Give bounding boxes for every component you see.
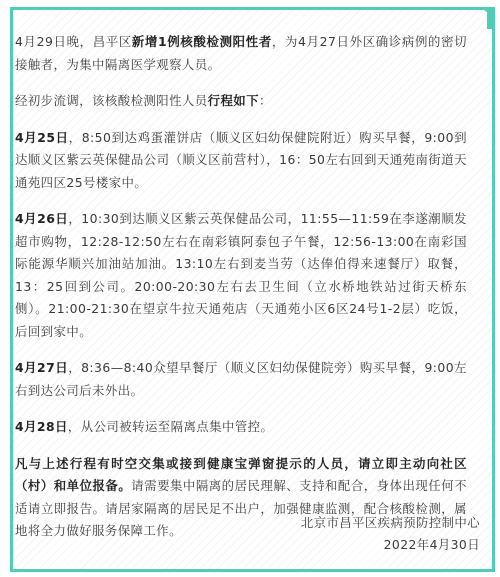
text: ，8:50到达鸡蛋灌饼店（顺义区妇幼保健院附近）购买早餐，9:00到达顺义区紫云… [15, 130, 467, 190]
paragraph-day-0425: 4月25日，8:50到达鸡蛋灌饼店（顺义区妇幼保健院附近）购买早餐，9:00到达… [15, 127, 467, 195]
highlight-new-case: 新增1例核酸检测阳性者 [132, 34, 272, 49]
text: ，10:30到达顺义区紫云英保健品公司，11:55—11:59在李遂潮顺发超市购… [15, 211, 467, 339]
text: ，从公司被转运至隔离点集中管控。 [68, 419, 273, 434]
date-label: 4月25日 [15, 130, 69, 145]
announcement-body: 4月29日晚，昌平区新增1例核酸检测阳性者，为4月27日外区确诊病例的密切接触者… [15, 31, 467, 557]
paragraph-day-0426: 4月26日，10:30到达顺义区紫云英保健品公司，11:55—11:59在李遂潮… [15, 208, 467, 343]
paragraph-itinerary-intro: 经初步流调，该核酸检测阳性人员行程如下： [15, 90, 467, 113]
text: 经初步流调，该核酸检测阳性人员 [15, 93, 208, 108]
signature-block: 北京市昌平区疾病预防控制中心 2022年4月30日 [301, 512, 480, 556]
text: 4月29日晚，昌平区 [15, 34, 132, 49]
text: ： [259, 93, 272, 108]
paragraph-day-0428: 4月28日，从公司被转运至隔离点集中管控。 [15, 416, 467, 439]
text: ，8:36—8:40众望早餐厅（顺义区妇幼保健院旁）购买早餐，9:00左右到达公… [15, 360, 467, 398]
folded-corner-edge [487, 7, 495, 29]
date-label: 4月28日 [15, 419, 68, 434]
date-label: 4月26日 [15, 211, 68, 226]
issue-date: 2022年4月30日 [301, 534, 480, 556]
paragraph-day-0427: 4月27日，8:36—8:40众望早餐厅（顺义区妇幼保健院旁）购买早餐，9:00… [15, 357, 467, 402]
paragraph-intro: 4月29日晚，昌平区新增1例核酸检测阳性者，为4月27日外区确诊病例的密切接触者… [15, 31, 467, 76]
highlight-itinerary: 行程如下 [208, 93, 259, 108]
date-label: 4月27日 [15, 360, 68, 375]
issuing-organization: 北京市昌平区疾病预防控制中心 [301, 512, 480, 534]
